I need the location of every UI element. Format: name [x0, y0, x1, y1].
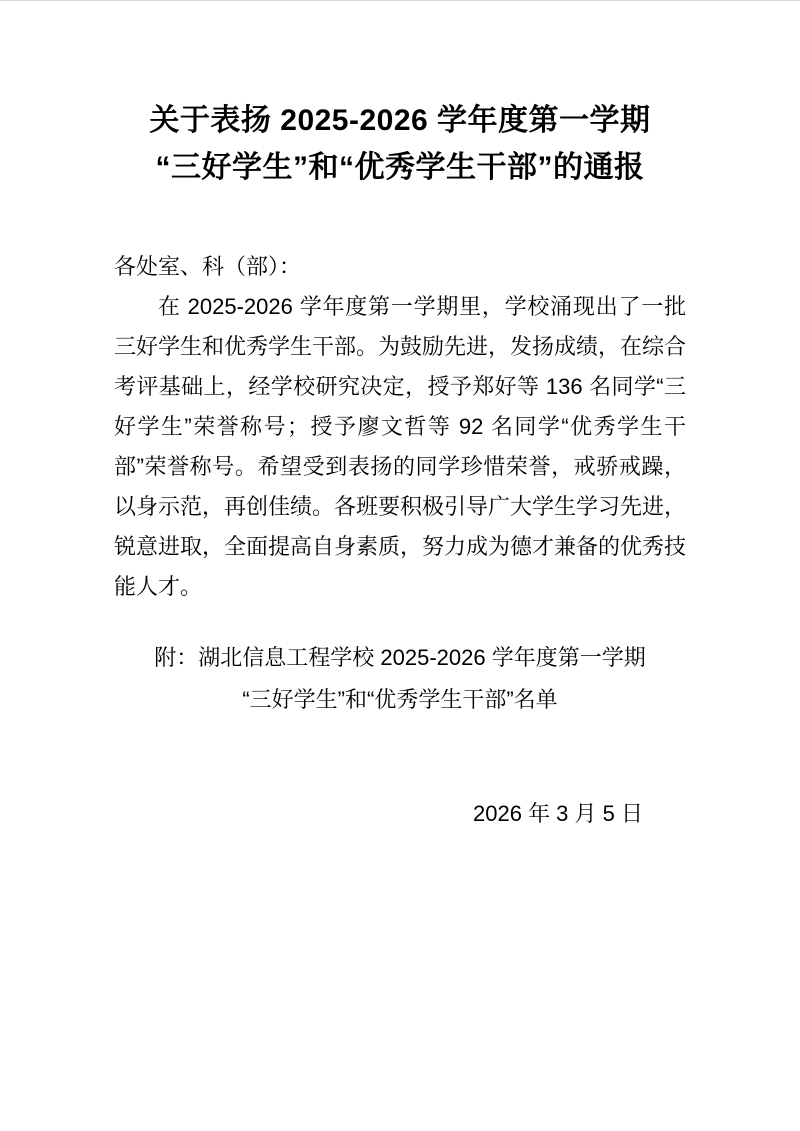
attachment-line2: “三好学生”和“优秀学生干部”名单 — [114, 679, 686, 721]
document-title-line2: “三好学生”和“优秀学生干部”的通报 — [114, 144, 686, 191]
document-body: 各处室、科（部）： 在 2025-2026 学年度第一学期里，学校涌现出了一批三… — [114, 247, 686, 607]
body-paragraph: 在 2025-2026 学年度第一学期里，学校涌现出了一批三好学生和优秀学生干部… — [114, 287, 686, 607]
document-page: 关于表扬 2025-2026 学年度第一学期 “三好学生”和“优秀学生干部”的通… — [0, 0, 800, 1131]
attachment-note: 附：湖北信息工程学校 2025-2026 学年度第一学期 “三好学生”和“优秀学… — [114, 637, 686, 721]
attachment-line1: 附：湖北信息工程学校 2025-2026 学年度第一学期 — [114, 637, 686, 679]
document-content: 关于表扬 2025-2026 学年度第一学期 “三好学生”和“优秀学生干部”的通… — [114, 1, 686, 834]
document-title-line1: 关于表扬 2025-2026 学年度第一学期 — [114, 97, 686, 144]
document-title: 关于表扬 2025-2026 学年度第一学期 “三好学生”和“优秀学生干部”的通… — [114, 97, 686, 191]
document-date: 2026 年 3 月 5 日 — [114, 794, 686, 834]
salutation-line: 各处室、科（部）： — [114, 247, 686, 287]
